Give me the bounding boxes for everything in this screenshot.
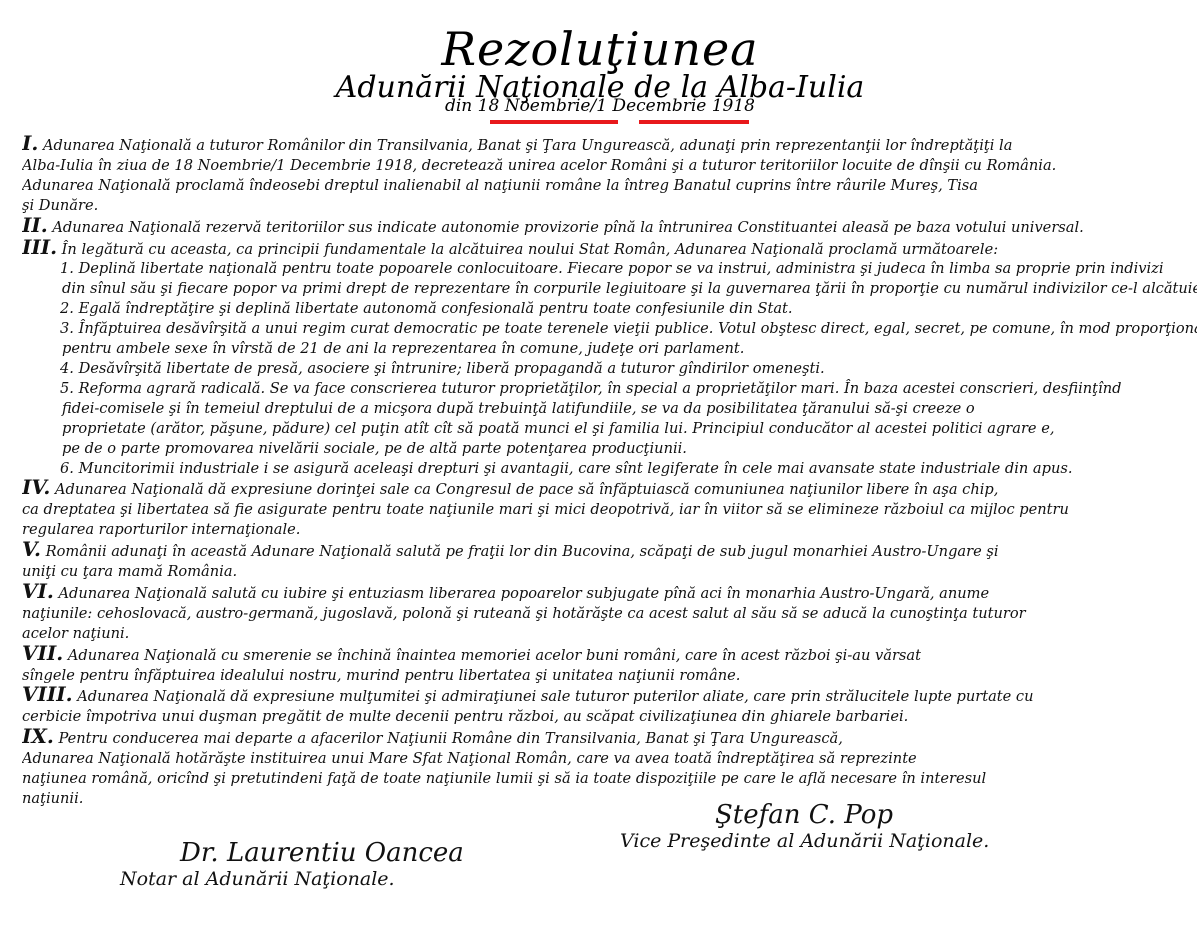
article-number: VII. [22, 644, 63, 665]
article-number: III. [22, 238, 57, 259]
article-9: IX. Pentru conducerea mai departe a afac… [22, 727, 1197, 809]
article-number: IX. [22, 727, 54, 748]
point-5: 5. Reforma agrară radicală. Se va face c… [22, 379, 1197, 459]
article-number: IV. [22, 478, 50, 499]
signature-role: Notar al Adunării Naţionale. [120, 868, 464, 890]
article-number: V. [22, 540, 41, 561]
point-6: 6. Muncitorimii industriale i se asigură… [22, 459, 1197, 479]
point-4: 4. Desăvîrşită libertate de presă, asoci… [22, 359, 1197, 379]
article-3: III. În legătură cu aceasta, ca principi… [22, 238, 1197, 479]
article-1: I. Adunarea Naţională a tuturor Românilo… [22, 134, 1197, 216]
article-number: VIII. [22, 685, 73, 706]
article-2: II. Adunarea Naţională rezervă teritorii… [22, 216, 1197, 238]
document-title: Rezoluţiunea [0, 22, 1200, 76]
red-underline-noembrie [490, 120, 618, 124]
article-8: VIII. Adunarea Naţională dă expresiune m… [22, 685, 1197, 727]
article-7: VII. Adunarea Naţională cu smerenie se î… [22, 644, 1197, 686]
point-2: 2. Egală îndreptăţire şi deplină liberta… [22, 299, 1197, 319]
signature-vice-president: Ştefan C. Pop Vice Preşedinte al Adunări… [620, 800, 989, 852]
article-4: IV. Adunarea Naţională dă expresiune dor… [22, 478, 1197, 540]
article-5: V. Românii adunaţi în această Adunare Na… [22, 540, 1197, 582]
red-underline-decembrie [639, 120, 749, 124]
document-date: din 18 Noembrie/1 Decembrie 1918 [0, 96, 1200, 116]
article-number: VI. [22, 582, 54, 603]
point-3: 3. Înfăptuirea desăvîrşită a unui regim … [22, 319, 1197, 359]
signature-name: Dr. Laurentiu Oancea [120, 838, 464, 868]
article-number: II. [22, 216, 48, 237]
article-number: I. [22, 134, 38, 155]
signature-role: Vice Preşedinte al Adunării Naţionale. [620, 830, 989, 852]
signature-name: Ştefan C. Pop [620, 800, 989, 830]
resolution-body: I. Adunarea Naţională a tuturor Românilo… [22, 134, 1197, 809]
article-6: VI. Adunarea Naţională salută cu iubire … [22, 582, 1197, 644]
signature-notary: Dr. Laurentiu Oancea Notar al Adunării N… [120, 838, 464, 890]
point-1: 1. Deplină libertate naţională pentru to… [22, 259, 1197, 299]
